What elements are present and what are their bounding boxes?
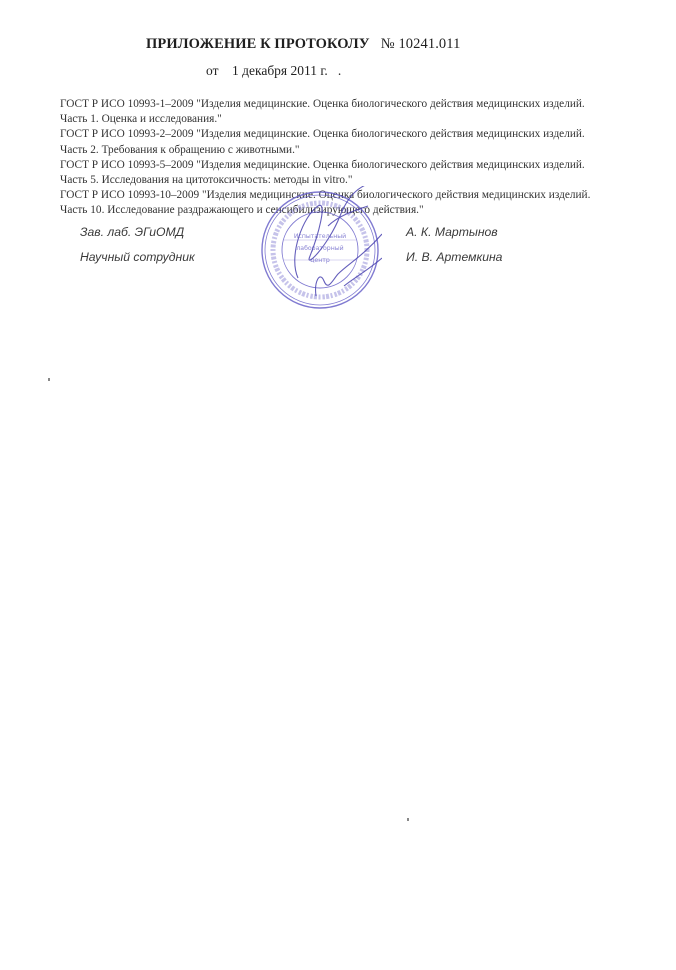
document-title: ПРИЛОЖЕНИЕ К ПРОТОКОЛУ № 10241.011 xyxy=(146,36,460,53)
scan-speck xyxy=(48,378,50,381)
scan-speck xyxy=(407,818,409,821)
date-value: 1 декабря 2011 г. xyxy=(232,63,328,78)
signatory-1-name: А. К. Мартынов xyxy=(406,225,498,239)
protocol-number: 10241.011 xyxy=(398,36,460,52)
standard-1-line-1: ГОСТ Р ИСО 10993-1–2009 "Изделия медицин… xyxy=(60,97,620,112)
signatory-2-name: И. В. Артемкина xyxy=(406,250,502,264)
date-prefix: от xyxy=(206,63,218,78)
document-date: от 1 декабря 2011 г. . xyxy=(206,63,341,79)
signatory-2-position: Научный сотрудник xyxy=(80,250,195,264)
standard-1-line-2: Часть 1. Оценка и исследования." xyxy=(60,112,620,127)
signatory-1-position: Зав. лаб. ЭГиОМД xyxy=(80,225,184,239)
title-text: ПРИЛОЖЕНИЕ К ПРОТОКОЛУ xyxy=(146,36,370,52)
standard-2-line-2: Часть 2. Требования к обращению с животн… xyxy=(60,143,620,158)
stamp-text-1: Испытательный xyxy=(294,232,346,240)
standard-2-line-1: ГОСТ Р ИСО 10993-2–2009 "Изделия медицин… xyxy=(60,127,620,142)
official-stamp-icon: Испытательный лабораторный центр xyxy=(258,186,382,314)
number-sign: № xyxy=(381,36,395,52)
trailing-mark: . xyxy=(338,63,341,78)
standard-3-line-1: ГОСТ Р ИСО 10993-5–2009 "Изделия медицин… xyxy=(60,158,620,173)
document-page: ПРИЛОЖЕНИЕ К ПРОТОКОЛУ № 10241.011 от 1 … xyxy=(0,0,676,970)
